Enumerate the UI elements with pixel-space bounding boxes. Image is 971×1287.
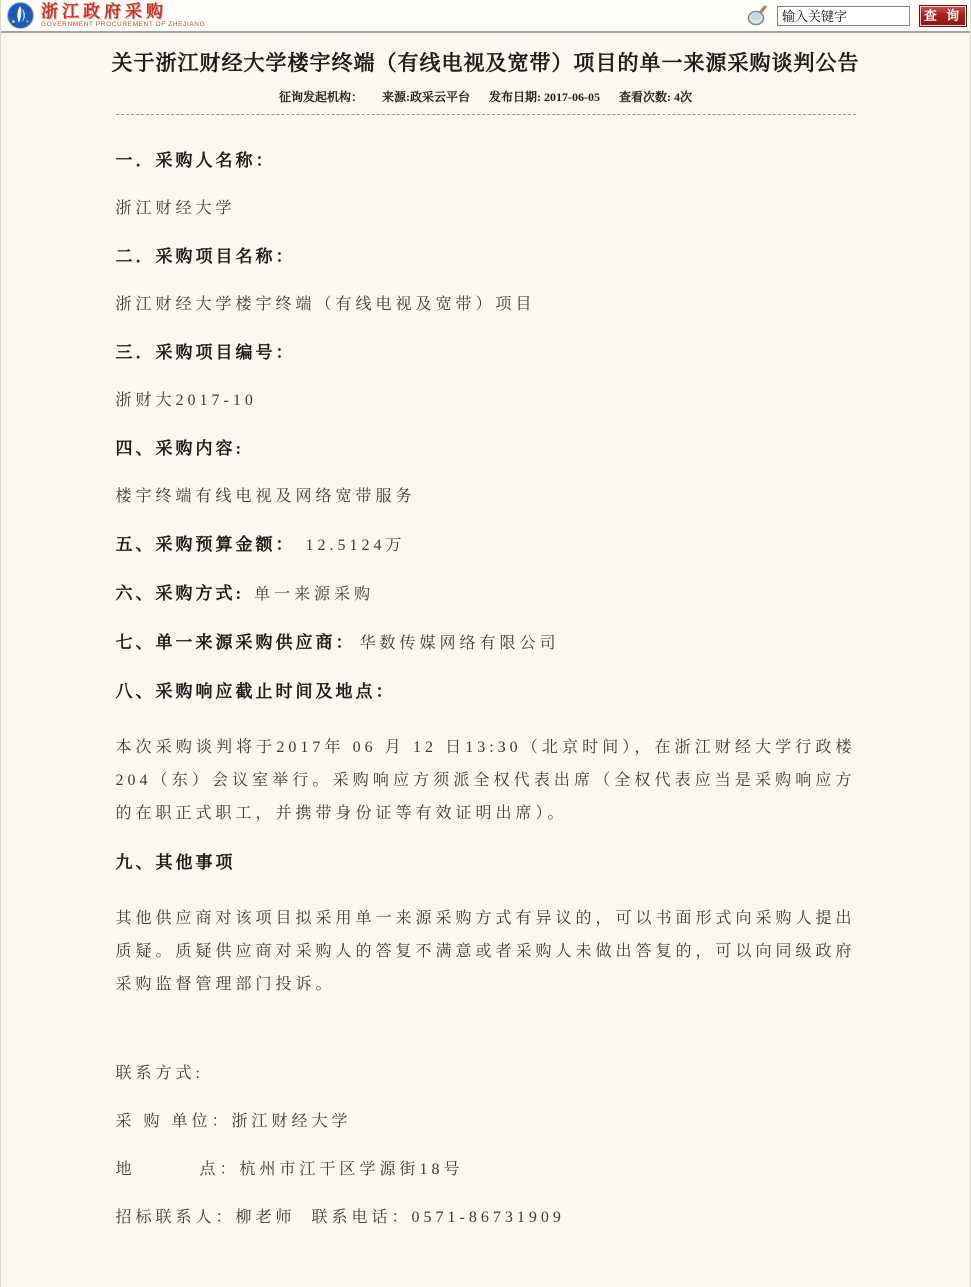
contact-phone-line: 招标联系人：柳老师 联系电话：0571-86731909 xyxy=(116,1209,856,1226)
meta-publish-date: 发布日期: 2017-06-05 xyxy=(489,90,600,104)
section-heading: 九、其他事项 xyxy=(116,854,856,871)
section-inline-value: 单一来源采购 xyxy=(254,586,374,603)
section-heading: 一．采购人名称： xyxy=(116,152,856,169)
section-heading-label: 六、采购方式: xyxy=(116,584,245,603)
search-input[interactable] xyxy=(777,6,910,26)
section-heading: 三．采购项目编号： xyxy=(116,344,856,361)
section-heading: 五、采购预算金额：12.5124万 xyxy=(116,536,856,554)
page-title: 关于浙江财经大学楼宇终端（有线电视及宽带）项目的单一来源采购谈判公告 xyxy=(96,47,876,77)
article-body: 一．采购人名称： 浙江财经大学 二．采购项目名称： 浙江财经大学楼宇终端（有线电… xyxy=(116,115,856,1287)
site-header: 浙江政府采购 GOVERNMENT PROCUREMENT OF ZHEJIAN… xyxy=(1,0,970,33)
section-heading: 七、单一来源采购供应商：华数传媒网络有限公司 xyxy=(116,634,856,652)
section-value: 浙江财经大学 xyxy=(116,200,856,217)
section-heading-label: 七、单一来源采购供应商： xyxy=(116,633,356,652)
magnifier-icon xyxy=(746,5,768,27)
section-value: 楼宇终端有线电视及网络宽带服务 xyxy=(116,488,856,505)
section-paragraph: 本次采购谈判将于2017年 06 月 12 日13:30（北京时间），在浙江财经… xyxy=(116,731,856,830)
section-heading: 二．采购项目名称： xyxy=(116,248,856,265)
search-submit-button[interactable]: 查 询 xyxy=(919,5,967,27)
section-value: 浙江财经大学楼宇终端（有线电视及宽带）项目 xyxy=(116,296,856,313)
article-meta: 征询发起机构： 来源:政采云平台 发布日期: 2017-06-05 查看次数: … xyxy=(1,88,970,105)
logo-text: 浙江政府采购 GOVERNMENT PROCUREMENT OF ZHEJIAN… xyxy=(41,3,205,29)
globe-sail-logo-icon xyxy=(7,2,34,29)
section-heading-label: 五、采购预算金额： xyxy=(116,535,296,554)
section-heading: 六、采购方式:单一来源采购 xyxy=(116,585,856,603)
section-inline-value: 华数传媒网络有限公司 xyxy=(360,635,560,652)
page: 浙江政府采购 GOVERNMENT PROCUREMENT OF ZHEJIAN… xyxy=(0,0,971,1287)
search-bar: 查 询 xyxy=(746,5,967,27)
meta-views: 查看次数: 4次 xyxy=(619,90,692,104)
section-value: 浙财大2017-10 xyxy=(116,392,856,409)
logo-subtitle: GOVERNMENT PROCUREMENT OF ZHEJIANG xyxy=(41,22,205,29)
site-logo[interactable]: 浙江政府采购 GOVERNMENT PROCUREMENT OF ZHEJIAN… xyxy=(7,2,205,29)
logo-title: 浙江政府采购 xyxy=(41,3,205,20)
meta-source: 来源:政采云平台 xyxy=(382,90,470,104)
section-inline-value: 12.5124万 xyxy=(306,537,406,554)
meta-agency-label: 征询发起机构： xyxy=(279,90,363,104)
section-heading: 八、采购响应截止时间及地点： xyxy=(116,683,856,700)
contact-heading: 联系方式: xyxy=(116,1065,856,1082)
contact-address-line: 地 点：杭州市江干区学源街18号 xyxy=(116,1161,856,1178)
section-heading: 四、采购内容: xyxy=(116,440,856,457)
section-paragraph: 其他供应商对该项目拟采用单一来源采购方式有异议的，可以书面形式向采购人提出质疑。… xyxy=(116,902,856,1001)
contact-purchaser-line: 采 购 单位：浙江财经大学 xyxy=(116,1113,856,1130)
